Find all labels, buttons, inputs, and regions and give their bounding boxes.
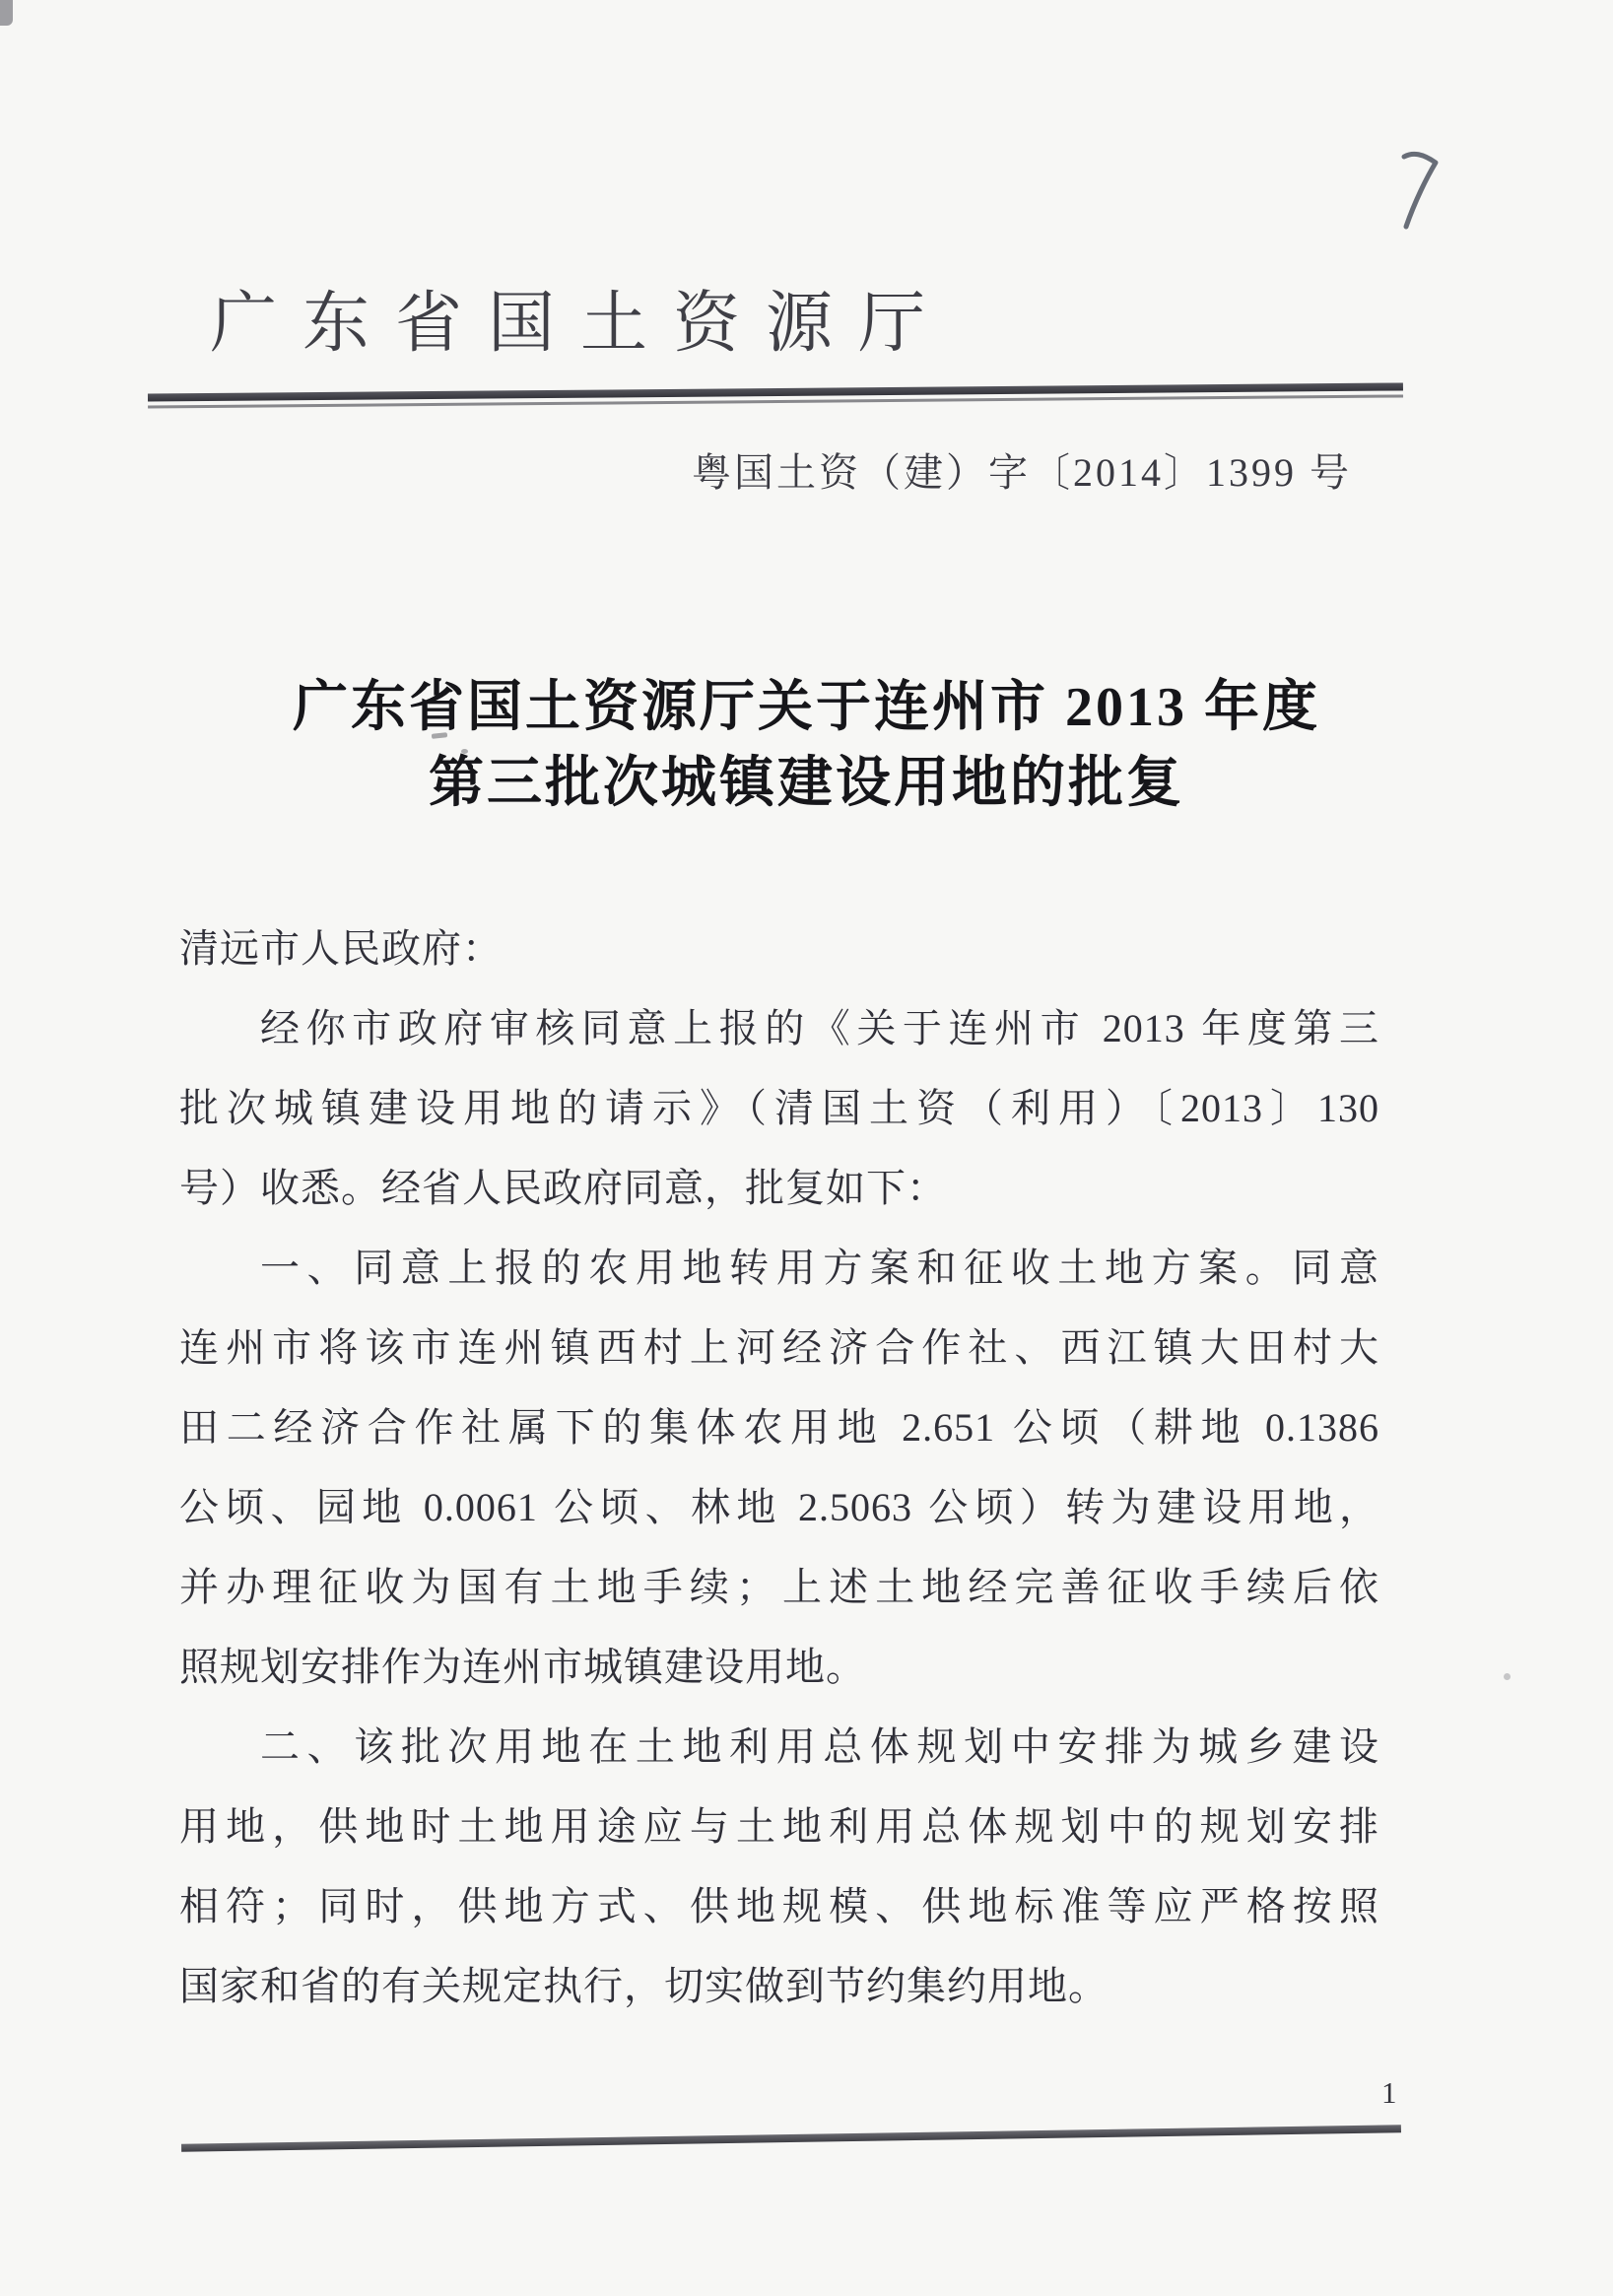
document-number: 粤国土资（建）字〔2014〕1399 号 bbox=[692, 446, 1352, 500]
body-line: 用地，供地时土地用途应与土地利用总体规划中的规划安排 bbox=[179, 1787, 1379, 1866]
body-line: 号）收悉。经省人民政府同意，批复如下： bbox=[179, 1148, 1379, 1228]
agency-name: 广东省国土资源厅 bbox=[210, 283, 951, 364]
body-line: 连州市将该市连州镇西村上河经济合作社、西江镇大田村大 bbox=[179, 1308, 1379, 1387]
body-line: 照规划安排作为连州市城镇建设用地。 bbox=[179, 1627, 1379, 1707]
scan-speck bbox=[461, 749, 468, 754]
scan-speck bbox=[0, 0, 13, 26]
body-line: 公顷、园地 0.0061 公顷、林地 2.5063 公顷）转为建设用地， bbox=[179, 1467, 1379, 1547]
footer-rule bbox=[181, 2125, 1401, 2151]
body-line: 国家和省的有关规定执行，切实做到节约集约用地。 bbox=[179, 1946, 1379, 2026]
document-title: 广东省国土资源厅关于连州市 2013 年度 第三批次城镇建设用地的批复 bbox=[0, 670, 1613, 822]
body-line: 二、该批次用地在土地利用总体规划中安排为城乡建设 bbox=[179, 1707, 1379, 1787]
body-line: 相符；同时，供地方式、供地规模、供地标准等应严格按照 bbox=[179, 1866, 1379, 1946]
letterhead-rule bbox=[148, 382, 1403, 408]
scan-speck bbox=[1504, 1673, 1511, 1680]
scanned-document-page: 广东省国土资源厅 粤国土资（建）字〔2014〕1399 号 广东省国土资源厅关于… bbox=[0, 0, 1613, 2296]
body-line: 田二经济合作社属下的集体农用地 2.651 公顷（耕地 0.1386 bbox=[179, 1387, 1379, 1467]
body-line: 并办理征收为国有土地手续；上述土地经完善征收手续后依 bbox=[179, 1547, 1379, 1627]
salutation-line: 清远市人民政府： bbox=[179, 909, 1379, 988]
document-body: 清远市人民政府： 经你市政府审核同意上报的《关于连州市 2013 年度第三 批次… bbox=[179, 909, 1379, 2026]
page-number: 1 bbox=[1381, 2075, 1397, 2111]
document-title-line-2: 第三批次城镇建设用地的批复 bbox=[0, 746, 1613, 822]
body-line: 经你市政府审核同意上报的《关于连州市 2013 年度第三 bbox=[179, 988, 1379, 1068]
body-line: 一、同意上报的农用地转用方案和征收土地方案。同意 bbox=[179, 1228, 1379, 1308]
document-title-line-1: 广东省国土资源厅关于连州市 2013 年度 bbox=[0, 670, 1613, 746]
handwritten-7-mark bbox=[1391, 146, 1450, 236]
body-line: 批次城镇建设用地的请示》（清国土资（利用）〔2013〕130 bbox=[179, 1068, 1379, 1148]
